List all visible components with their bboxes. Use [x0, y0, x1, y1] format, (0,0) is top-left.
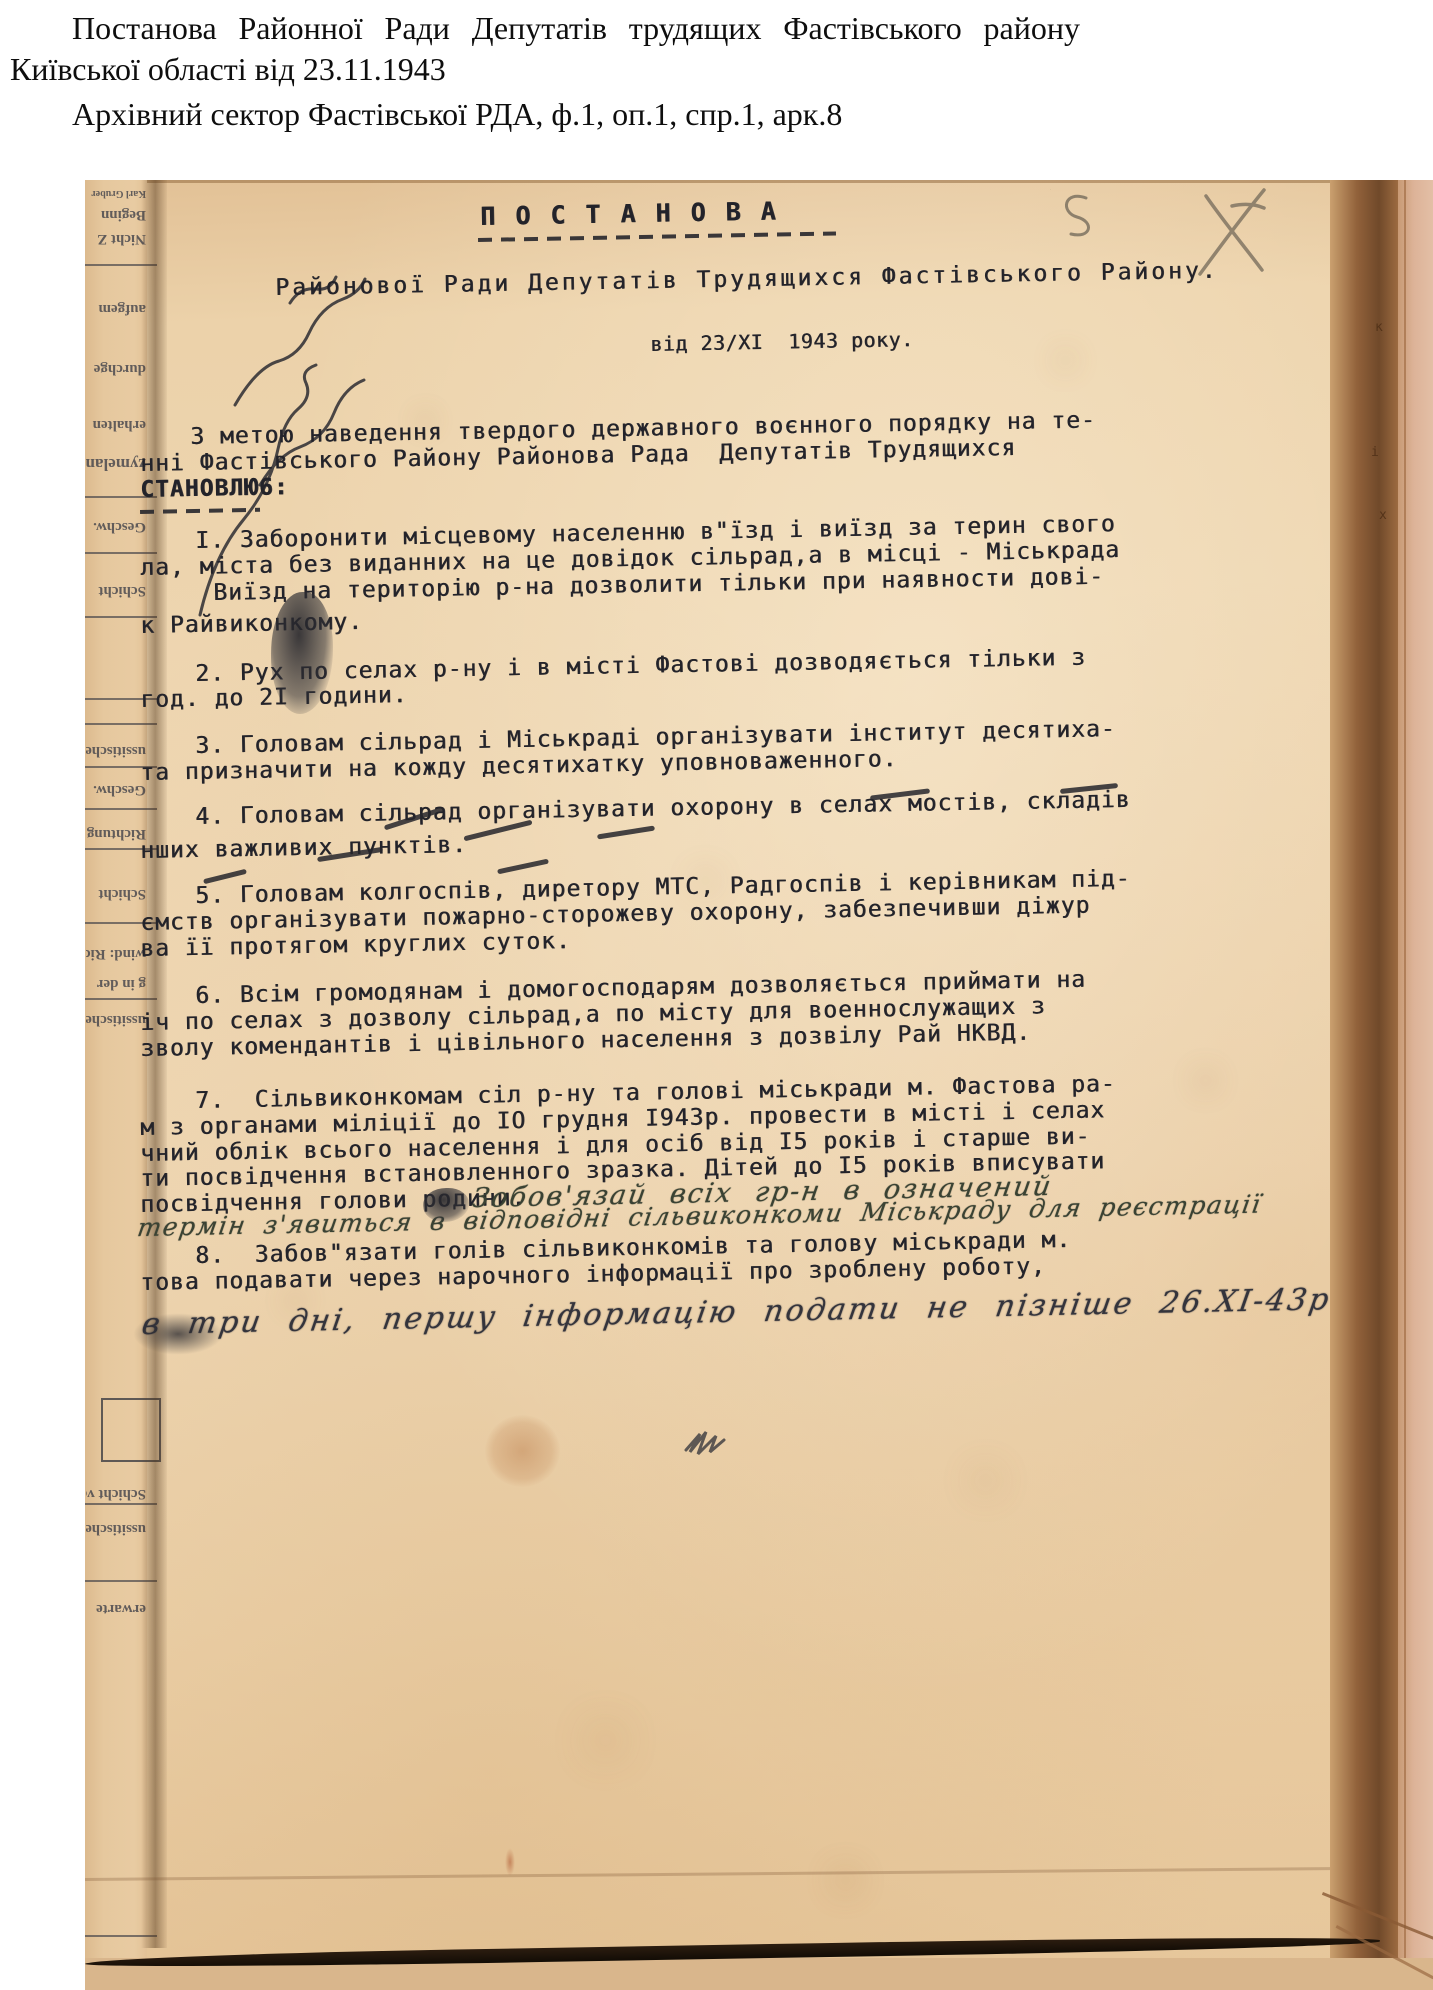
typed-line: год. до 2I години. — [140, 682, 408, 713]
margin-fragment: erhalten — [86, 416, 146, 433]
typed-line: СТАНОВЛЮ6: — [140, 474, 289, 503]
margin-fragment: Richtung — [86, 825, 146, 842]
archival-caption: Постанова Районної Ради Депутатів трудящ… — [10, 8, 1085, 135]
pencil-folio-number: 8 — [1050, 190, 1100, 242]
margin-paper-strip: Karl Gruber Beginn Nicht Z aufgem durchg… — [85, 180, 147, 1990]
margin-fragment: Nicht Z — [86, 230, 146, 247]
margin-fragment: g in der — [86, 975, 146, 992]
page-edge-strip — [1330, 180, 1398, 1990]
margin-fragment: Beginn — [86, 206, 146, 223]
caption-archive-reference: Архівний сектор Фастівської РДА, ф.1, оп… — [10, 94, 1085, 135]
svg-text:8: 8 — [1050, 189, 1051, 191]
document-title: ПОСТАНОВА — [480, 196, 796, 231]
paper-stain — [485, 1415, 560, 1487]
margin-fragment: Schicht — [86, 885, 146, 902]
document-scan: Karl Gruber Beginn Nicht Z aufgem durchg… — [85, 180, 1433, 1990]
margin-fragment: ussitisches — [86, 1520, 146, 1537]
ink-smudge — [133, 1313, 223, 1355]
margin-fragment: durchge — [86, 360, 146, 377]
margin-fragment: zymelan — [86, 454, 146, 474]
edge-glyph: к — [1375, 320, 1383, 335]
paper-streak — [505, 1848, 515, 1876]
edge-glyph: і — [1371, 445, 1379, 460]
margin-fragment: aufgem — [86, 300, 146, 317]
edge-glyph: х — [1379, 508, 1387, 523]
margin-fragment: Geschw. — [86, 518, 146, 535]
typed-line: від 23/XI 1943 року. — [650, 327, 914, 356]
ink-scribble — [680, 1420, 750, 1465]
caption-title: Постанова Районної Ради Депутатів трудящ… — [10, 8, 1080, 90]
page-edge-line — [1404, 180, 1406, 1990]
margin-fragment: Karl Gruber — [86, 188, 146, 199]
margin-fragment: Schicht — [86, 582, 146, 599]
margin-fragment: erwarte — [86, 1600, 146, 1617]
margin-fragment: Geschw. — [86, 781, 146, 798]
margin-fragment: ussitischer — [86, 1011, 146, 1028]
margin-fragment: wind: Rich — [86, 945, 146, 962]
margin-fragment: ussitische — [86, 742, 146, 759]
margin-fragment: Schicht vo — [86, 1485, 146, 1502]
